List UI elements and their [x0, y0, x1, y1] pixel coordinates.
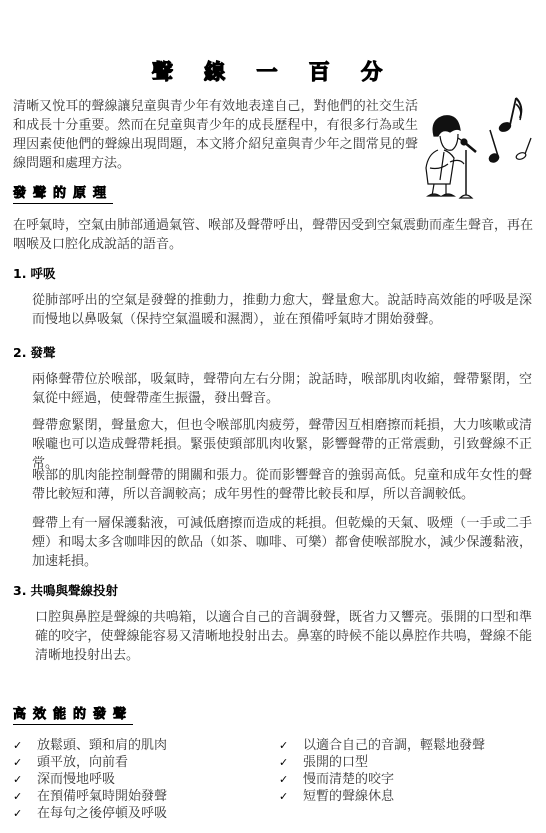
- checklist-right: ✓以適合自己的音調，輕鬆地發聲 ✓張開的口型 ✓慢而清楚的咬字 ✓短暫的聲線休息: [279, 737, 485, 805]
- checklist-item: ✓在每句之後停頓及呼吸: [13, 805, 167, 822]
- subheading-breathing: 1.呼吸: [13, 264, 55, 282]
- subheading-title: 呼吸: [30, 266, 55, 281]
- page-title: 聲 線 一 百 分: [0, 56, 546, 86]
- checklist-item: ✓張開的口型: [279, 754, 485, 771]
- subheading-title: 發聲: [30, 345, 55, 360]
- checklist-item-text: 在預備呼氣時開始發聲: [37, 788, 167, 805]
- checklist-item-text: 張開的口型: [303, 754, 368, 771]
- subheading-title: 共鳴與聲線投射: [30, 583, 118, 598]
- intro-paragraph: 清晰又悅耳的聲線讓兒童與青少年有效地表達自己，對他們的社交生活和成長十分重要。然…: [13, 97, 418, 173]
- checklist-item-text: 以適合自己的音調，輕鬆地發聲: [303, 737, 485, 754]
- checklist-item: ✓短暫的聲線休息: [279, 788, 485, 805]
- subheading-resonance: 3.共鳴與聲線投射: [13, 581, 118, 599]
- checklist-item-text: 頭平放，向前看: [37, 754, 128, 771]
- section-heading-efficient-voice: 高效能的發聲: [13, 707, 133, 725]
- checklist-item-text: 在每句之後停頓及呼吸: [37, 805, 167, 822]
- checklist-item-text: 深而慢地呼吸: [37, 771, 115, 788]
- check-icon: ✓: [279, 754, 303, 771]
- check-icon: ✓: [13, 737, 37, 754]
- check-icon: ✓: [13, 771, 37, 788]
- phonation-paragraph-2: 聲帶愈緊閉，聲量愈大，但也令喉部肌肉疲勞，聲帶因互相磨擦而耗損，大力咳嗽或清喉嚨…: [32, 416, 532, 473]
- subheading-number: 3.: [13, 583, 26, 598]
- checklist-item: ✓以適合自己的音調，輕鬆地發聲: [279, 737, 485, 754]
- checklist-item-text: 慢而清楚的咬字: [303, 771, 394, 788]
- checklist-item-text: 放鬆頭、頸和肩的肌肉: [37, 737, 167, 754]
- check-icon: ✓: [279, 788, 303, 805]
- subheading-number: 1.: [13, 266, 26, 281]
- phonation-paragraph-3: 喉部的肌肉能控制聲帶的開關和張力。從而影響聲音的強弱高低。兒童和成年女性的聲帶比…: [32, 466, 532, 504]
- check-icon: ✓: [279, 737, 303, 754]
- checklist-item: ✓放鬆頭、頸和肩的肌肉: [13, 737, 167, 754]
- voice-principle-paragraph: 在呼氣時，空氣由肺部通過氣管、喉部及聲帶呼出，聲帶因受到空氣震動而產生聲音，再在…: [13, 216, 533, 254]
- resonance-paragraph: 口腔與鼻腔是聲線的共鳴箱，以適合自己的音調發聲，既省力又響亮。張開的口型和準確的…: [35, 608, 532, 665]
- singer-with-music-notes-icon: [420, 88, 540, 200]
- checklist-item: ✓深而慢地呼吸: [13, 771, 167, 788]
- check-icon: ✓: [13, 788, 37, 805]
- phonation-paragraph-1: 兩條聲帶位於喉部，吸氣時，聲帶向左右分開；說話時，喉部肌肉收縮，聲帶緊閉，空氣從…: [32, 370, 532, 408]
- section-heading-voice-principle: 發聲的原理: [13, 186, 113, 204]
- phonation-paragraph-4: 聲帶上有一層保護黏液，可減低磨擦而造成的耗損。但乾燥的天氣、吸煙（一手或二手煙）…: [32, 514, 532, 571]
- singer-illustration: [420, 88, 540, 200]
- subheading-phonation: 2.發聲: [13, 343, 55, 361]
- checklist-item: ✓頭平放，向前看: [13, 754, 167, 771]
- checklist-item: ✓在預備呼氣時開始發聲: [13, 788, 167, 805]
- check-icon: ✓: [279, 771, 303, 788]
- breathing-paragraph: 從肺部呼出的空氣是發聲的推動力，推動力愈大，聲量愈大。說話時高效能的呼吸是深而慢…: [32, 291, 532, 329]
- checklist-item: ✓慢而清楚的咬字: [279, 771, 485, 788]
- subheading-number: 2.: [13, 345, 26, 360]
- checklist-left: ✓放鬆頭、頸和肩的肌肉 ✓頭平放，向前看 ✓深而慢地呼吸 ✓在預備呼氣時開始發聲…: [13, 737, 167, 822]
- check-icon: ✓: [13, 754, 37, 771]
- checklist-item-text: 短暫的聲線休息: [303, 788, 394, 805]
- check-icon: ✓: [13, 805, 37, 822]
